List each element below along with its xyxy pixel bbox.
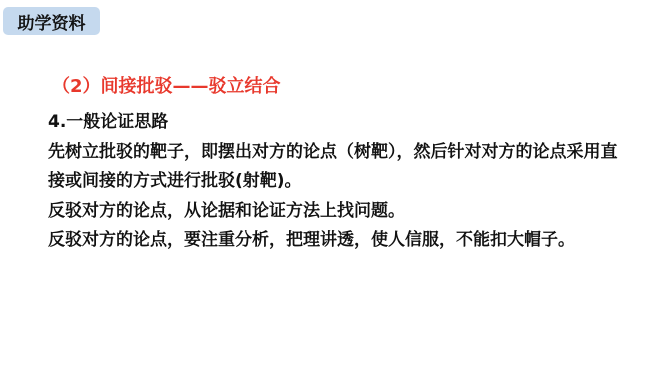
paragraph: 反驳对方的论点，从论据和论证方法上找问题。: [48, 197, 628, 227]
section-badge: 助学资料: [3, 7, 100, 35]
content-subtitle: 4.一般论证思路: [48, 108, 628, 138]
paragraph: 先树立批驳的靶子，即摆出对方的论点（树靶），然后针对对方的论点采用直接或间接的方…: [48, 138, 628, 197]
paragraph: 反驳对方的论点，要注重分析，把理讲透，使人信服，不能扣大帽子。: [48, 226, 628, 256]
section-heading: （2）间接批驳——驳立结合: [52, 72, 281, 98]
badge-label: 助学资料: [18, 9, 86, 34]
content-body: 4.一般论证思路 先树立批驳的靶子，即摆出对方的论点（树靶），然后针对对方的论点…: [48, 108, 628, 256]
